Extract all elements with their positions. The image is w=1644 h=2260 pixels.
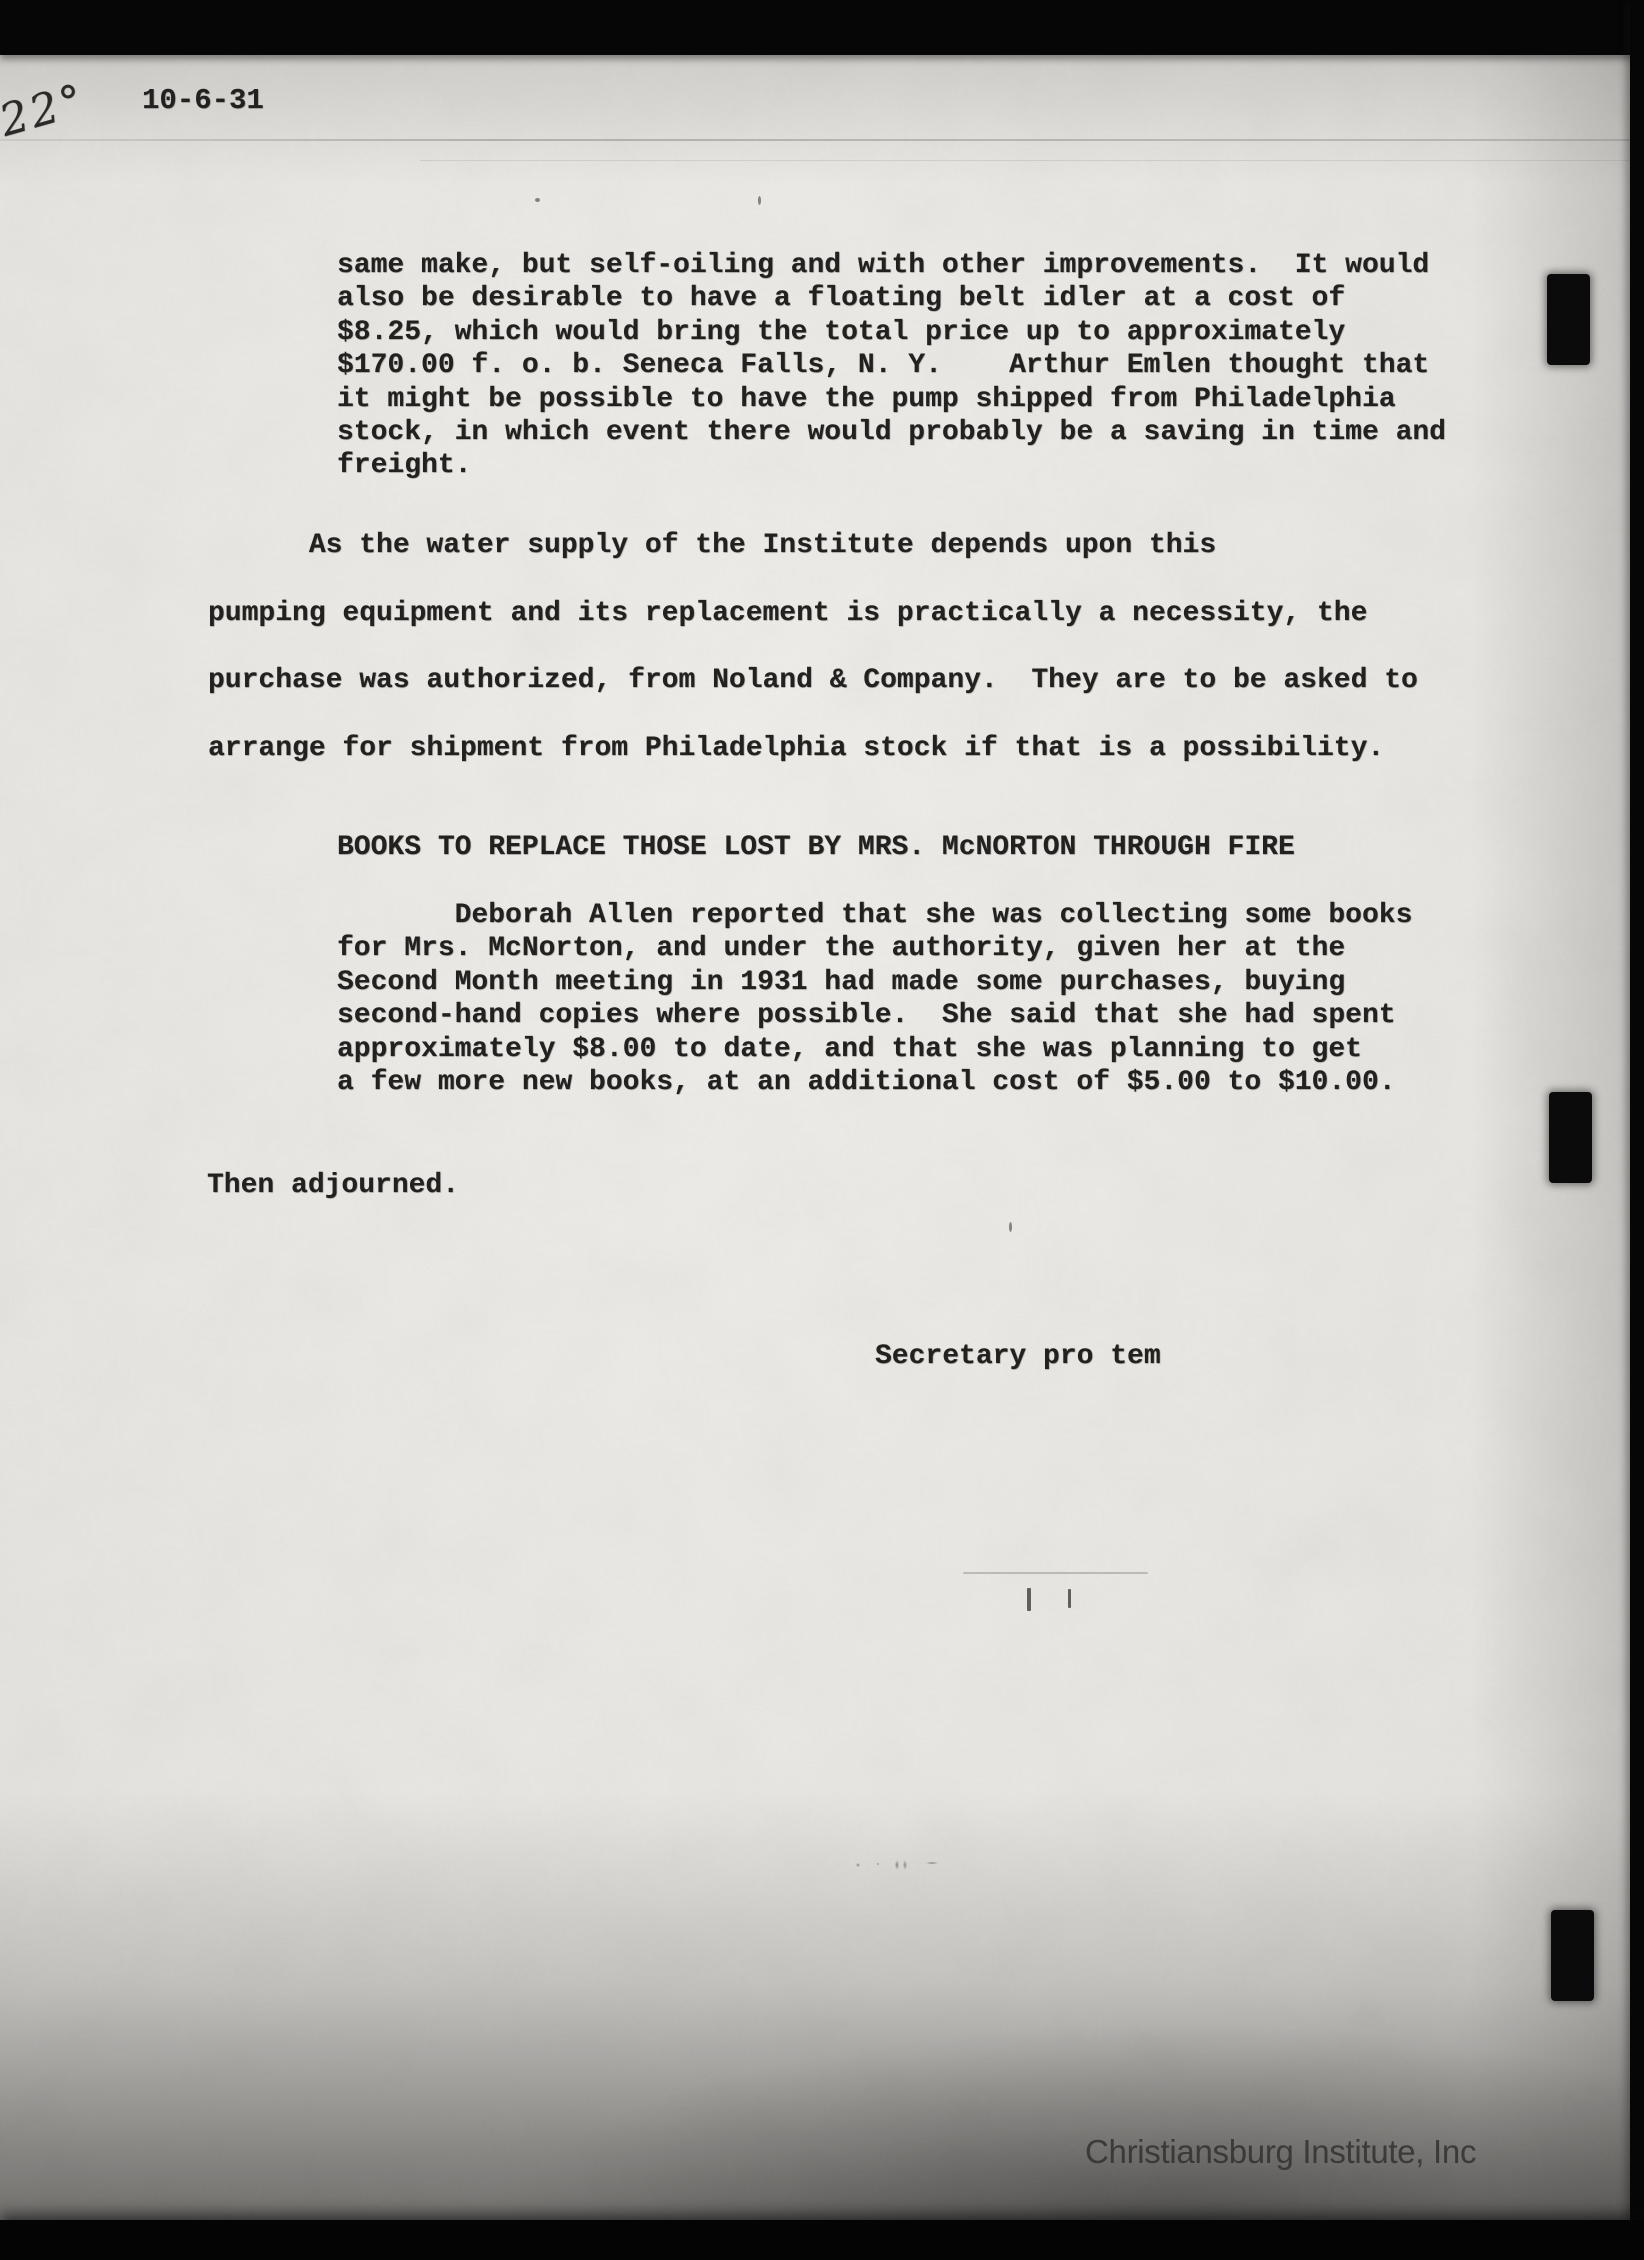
paragraph-water-supply: As the water supply of the Institute dep… xyxy=(208,512,1418,782)
ink-artifact-tick xyxy=(1027,1588,1031,1611)
archive-watermark: Christiansburg Institute, Inc xyxy=(1085,2133,1476,2171)
scan-border-bottom xyxy=(0,2220,1644,2260)
binding-tab-1 xyxy=(1547,274,1590,365)
scan-page: 22° 10-6-31 same make, but self-oiling a… xyxy=(0,0,1644,2260)
scan-border-right xyxy=(1630,0,1644,2260)
ink-artifact-smear xyxy=(963,1572,1148,1574)
date-heading: 10-6-31 xyxy=(142,84,264,117)
ink-artifact-smudge xyxy=(852,1858,947,1872)
scan-shadow-top xyxy=(0,55,1630,185)
closing-line: Then adjourned. xyxy=(207,1169,459,1202)
ink-artifact-speck xyxy=(535,198,540,202)
paper-crease-line xyxy=(0,139,1630,141)
paragraph-pump-continuation: same make, but self-oiling and with othe… xyxy=(337,249,1446,483)
signature-line: Secretary pro tem xyxy=(875,1340,1161,1373)
scan-border-top xyxy=(0,0,1644,55)
ink-artifact-speck xyxy=(1009,1222,1012,1232)
paragraph-books: Deborah Allen reported that she was coll… xyxy=(337,899,1412,1099)
paper-crease-line-faint xyxy=(420,160,1630,161)
binding-tab-3 xyxy=(1551,1910,1594,2001)
ink-artifact-speck xyxy=(758,196,761,205)
section-heading-books: BOOKS TO REPLACE THOSE LOST BY MRS. McNO… xyxy=(337,831,1295,864)
ink-artifact-tick xyxy=(1068,1589,1071,1608)
binding-tab-2 xyxy=(1549,1092,1592,1183)
